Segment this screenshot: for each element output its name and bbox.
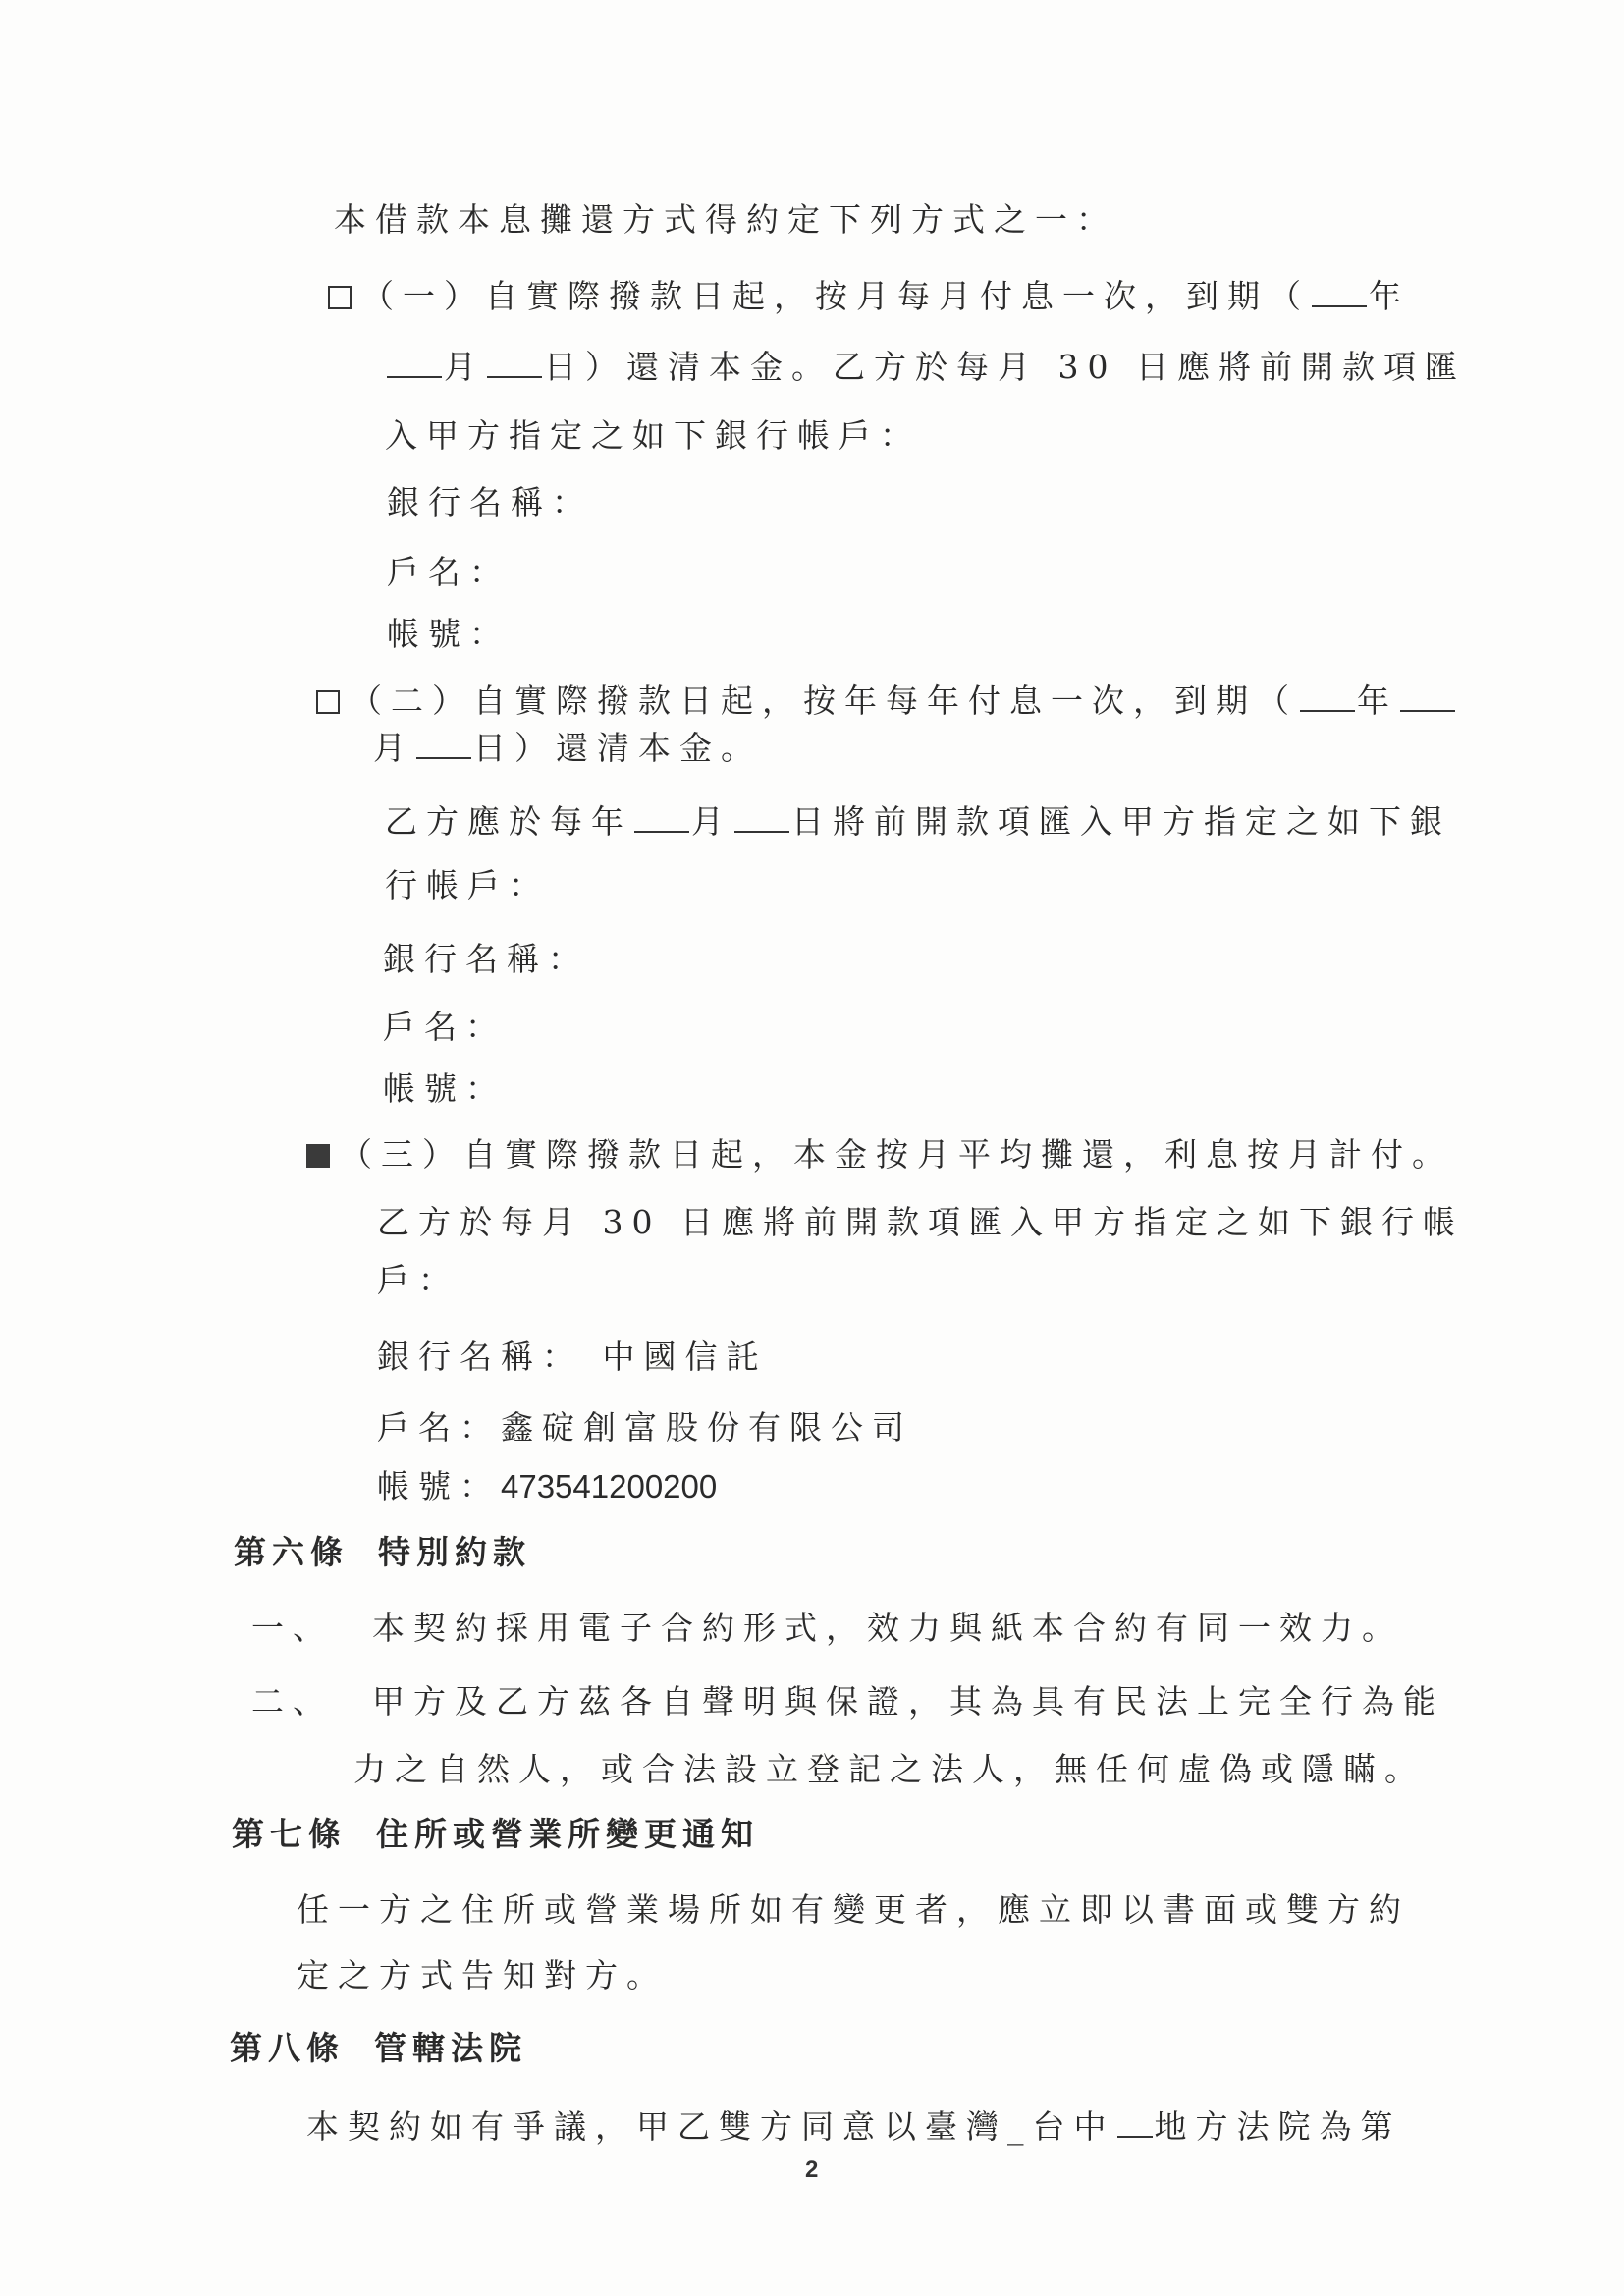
account-no-value: 473541200200 — [501, 1468, 717, 1504]
article-7-heading: 第七條住所或營業所變更通知 — [232, 1813, 759, 1856]
option-3-checkbox-checked[interactable] — [306, 1144, 330, 1168]
month-blank[interactable] — [634, 805, 689, 833]
option-2-account-no-label: 帳號： — [383, 1067, 507, 1111]
option-1-account-name-label: 戶名： — [387, 551, 511, 594]
year-blank[interactable] — [1312, 280, 1367, 307]
option-2-line-2: 月日）還清本金。 — [373, 727, 762, 770]
option-1-line-1: （一）自實際撥款日起，按月每月付息一次，到期（年 — [328, 275, 1410, 318]
option-1-checkbox[interactable] — [328, 286, 352, 309]
option-2-line-3: 乙方應於每年月日將前開款項匯入甲方指定之如下銀 — [385, 800, 1451, 844]
option-3-bank-name: 銀行名稱： 中國信託 — [377, 1336, 768, 1379]
month-blank[interactable] — [387, 351, 442, 378]
option-3-line-3: 戶： — [377, 1259, 460, 1302]
option-1-line-3: 入甲方指定之如下銀行帳戶： — [385, 414, 921, 458]
day-blank[interactable] — [734, 805, 789, 833]
day-blank[interactable] — [487, 351, 542, 378]
court-blank[interactable] — [1117, 2110, 1153, 2138]
option-1-bank-name-label: 銀行名稱： — [387, 481, 593, 524]
option-1-account-no-label: 帳號： — [387, 613, 511, 656]
article-6-item-2-cont: 力之自然人，或合法設立登記之法人，無任何虛偽或隱瞞。 — [353, 1748, 1426, 1791]
month-blank[interactable] — [1400, 684, 1455, 712]
day-blank[interactable] — [416, 732, 471, 759]
article-7-line-2: 定之方式告知對方。 — [297, 1954, 668, 1997]
account-name-value: 鑫碇創富股份有限公司 — [501, 1408, 913, 1447]
bank-name-value: 中國信託 — [603, 1338, 768, 1376]
option-3-account-no: 帳號：473541200200 — [377, 1465, 717, 1508]
article-8-heading: 第八條管轄法院 — [230, 2027, 527, 2070]
option-2-account-name-label: 戶名： — [383, 1006, 507, 1049]
page-number: 2 — [805, 2157, 818, 2184]
article-8-line-1: 本契約如有爭議，甲乙雙方同意以臺灣_台中地方法院為第 — [306, 2105, 1402, 2149]
year-blank[interactable] — [1300, 684, 1355, 712]
article-6-heading: 第六條特別約款 — [234, 1531, 531, 1574]
article-6-item-2: 二、 甲方及乙方茲各自聲明與保證，其為具有民法上完全行為能 — [251, 1680, 1444, 1723]
option-1-line-2: 月日）還清本金。乙方於每月 30 日應將前開款項匯 — [385, 346, 1466, 389]
option-2-line-4: 行帳戶： — [385, 864, 550, 907]
contract-page: 本借款本息攤還方式得約定下列方式之一： （一）自實際撥款日起，按月每月付息一次，… — [0, 0, 1624, 2296]
article-6-item-1: 一、 本契約採用電子合約形式，效力與紙本合約有同一效力。 — [251, 1607, 1403, 1650]
article-7-line-1: 任一方之住所或營業場所如有變更者，應立即以書面或雙方約 — [297, 1888, 1410, 1932]
option-2-bank-name-label: 銀行名稱： — [383, 938, 589, 981]
option-2-checkbox[interactable] — [316, 690, 340, 714]
option-3-line-2: 乙方於每月 30 日應將前開款項匯入甲方指定之如下銀行帳 — [377, 1201, 1464, 1244]
option-2-line-1: （二）自實際撥款日起，按年每年付息一次，到期（年 — [316, 680, 1457, 723]
option-3-line-1: （三）自實際撥款日起，本金按月平均攤還，利息按月計付。 — [306, 1133, 1453, 1176]
option-3-account-name: 戶名：鑫碇創富股份有限公司 — [377, 1406, 913, 1449]
repayment-intro: 本借款本息攤還方式得約定下列方式之一： — [334, 198, 1117, 242]
